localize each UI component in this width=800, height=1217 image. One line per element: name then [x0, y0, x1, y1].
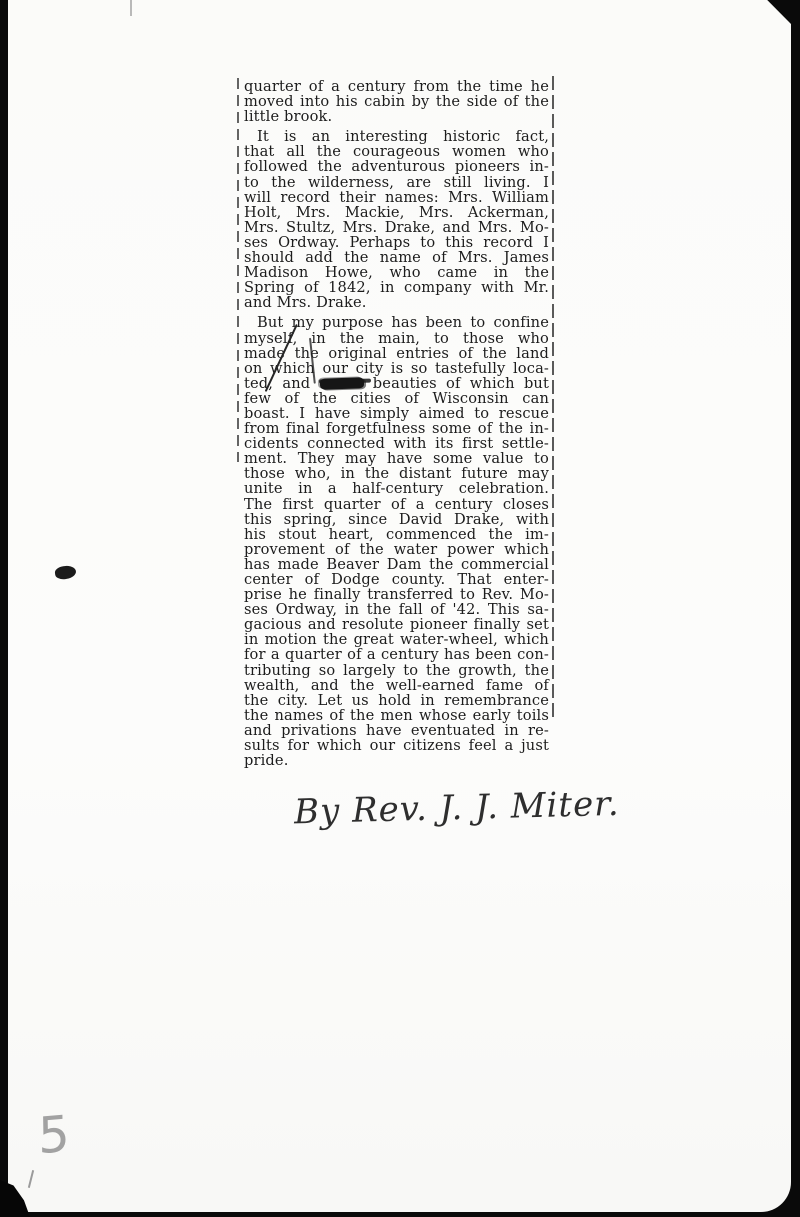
- article-line: and privations have eventuated in re-: [244, 723, 549, 738]
- article-paragraph: It is an interesting historic fact,that …: [244, 129, 549, 310]
- article-line: his stout heart, commenced the im-: [244, 527, 549, 542]
- article-line: quarter of a century from the time he: [244, 79, 549, 94]
- article-line: unite in a half-century celebration.: [244, 481, 549, 496]
- handwritten-signature: By Rev. J. J. Miter.: [294, 784, 625, 833]
- article-line: But my purpose has been to confine: [244, 315, 549, 330]
- article-line: Holt, Mrs. Mackie, Mrs. Ackerman,: [244, 205, 549, 220]
- article-line: Madison Howe, who came in the: [244, 265, 549, 280]
- article-line: that all the courageous women who: [244, 144, 549, 159]
- article-line: ses Ordway, in the fall of '42. This sa-: [244, 602, 549, 617]
- article-line: in motion the great water-wheel, which: [244, 632, 549, 647]
- article-line: from final forgetfulness some of the in-: [244, 421, 549, 436]
- article-line: prise he finally transferred to Rev. Mo-: [244, 587, 549, 602]
- article-line: for a quarter of a century has been con-: [244, 647, 549, 662]
- paper-sheet: quarter of a century from the time hemov…: [8, 0, 791, 1212]
- article-line: followed the adventurous pioneers in-: [244, 159, 549, 174]
- article-line: the names of the men whose early toils: [244, 708, 549, 723]
- article-line: sults for which our citizens feel a just: [244, 738, 549, 753]
- article-line: Mrs. Stultz, Mrs. Drake, and Mrs. Mo-: [244, 220, 549, 235]
- article-line: made the original entries of the land: [244, 346, 549, 361]
- article-paragraph: quarter of a century from the time hemov…: [244, 79, 549, 124]
- article-line: wealth, and the well-earned fame of: [244, 678, 549, 693]
- handwritten-sheet-number: 5: [38, 1105, 71, 1166]
- article-line: has made Beaver Dam the commercial: [244, 557, 549, 572]
- article-line: ment. They may have some value to: [244, 451, 549, 466]
- clipping-rule-left: [237, 78, 239, 462]
- article-line: few of the cities of Wisconsin can: [244, 391, 549, 406]
- article-line: little brook.: [244, 109, 549, 124]
- article-line: tributing so largely to the growth, the: [244, 663, 549, 678]
- article-line: this spring, since David Drake, with: [244, 512, 549, 527]
- article-column: quarter of a century from the time hemov…: [244, 79, 549, 773]
- article-line: moved into his cabin by the side of the: [244, 94, 549, 109]
- article-line: provement of the water power which: [244, 542, 549, 557]
- article-line: will record their names: Mrs. William: [244, 190, 549, 205]
- article-line: the city. Let us hold in remembrance: [244, 693, 549, 708]
- article-line: should add the name of Mrs. James: [244, 250, 549, 265]
- article-line: center of Dodge county. That enter-: [244, 572, 549, 587]
- article-line: pride.: [244, 753, 549, 768]
- corner-scratch-mark: [28, 1170, 34, 1188]
- clipping-rule-right: [552, 76, 554, 718]
- article-line: on which our city is so tastefully loca-: [244, 361, 549, 376]
- article-line: cidents connected with its first settle-: [244, 436, 549, 451]
- margin-ink-blob: [54, 565, 77, 581]
- article-paragraph: But my purpose has been to confinemyself…: [244, 315, 549, 768]
- scan-background: quarter of a century from the time hemov…: [0, 0, 800, 1217]
- article-line: ted, and beauties of which but: [244, 376, 549, 391]
- article-line: those who, in the distant future may: [244, 466, 549, 481]
- article-line: to the wilderness, are still living. I: [244, 175, 549, 190]
- article-line: The first quarter of a century closes: [244, 497, 549, 512]
- article-line: ses Ordway. Perhaps to this record I: [244, 235, 549, 250]
- article-line: boast. I have simply aimed to rescue: [244, 406, 549, 421]
- article-line: Spring of 1842, in company with Mr.: [244, 280, 549, 295]
- article-line: It is an interesting historic fact,: [244, 129, 549, 144]
- article-line: gacious and resolute pioneer finally set: [244, 617, 549, 632]
- scan-mark-top: [130, 0, 132, 16]
- article-line: and Mrs. Drake.: [244, 295, 549, 310]
